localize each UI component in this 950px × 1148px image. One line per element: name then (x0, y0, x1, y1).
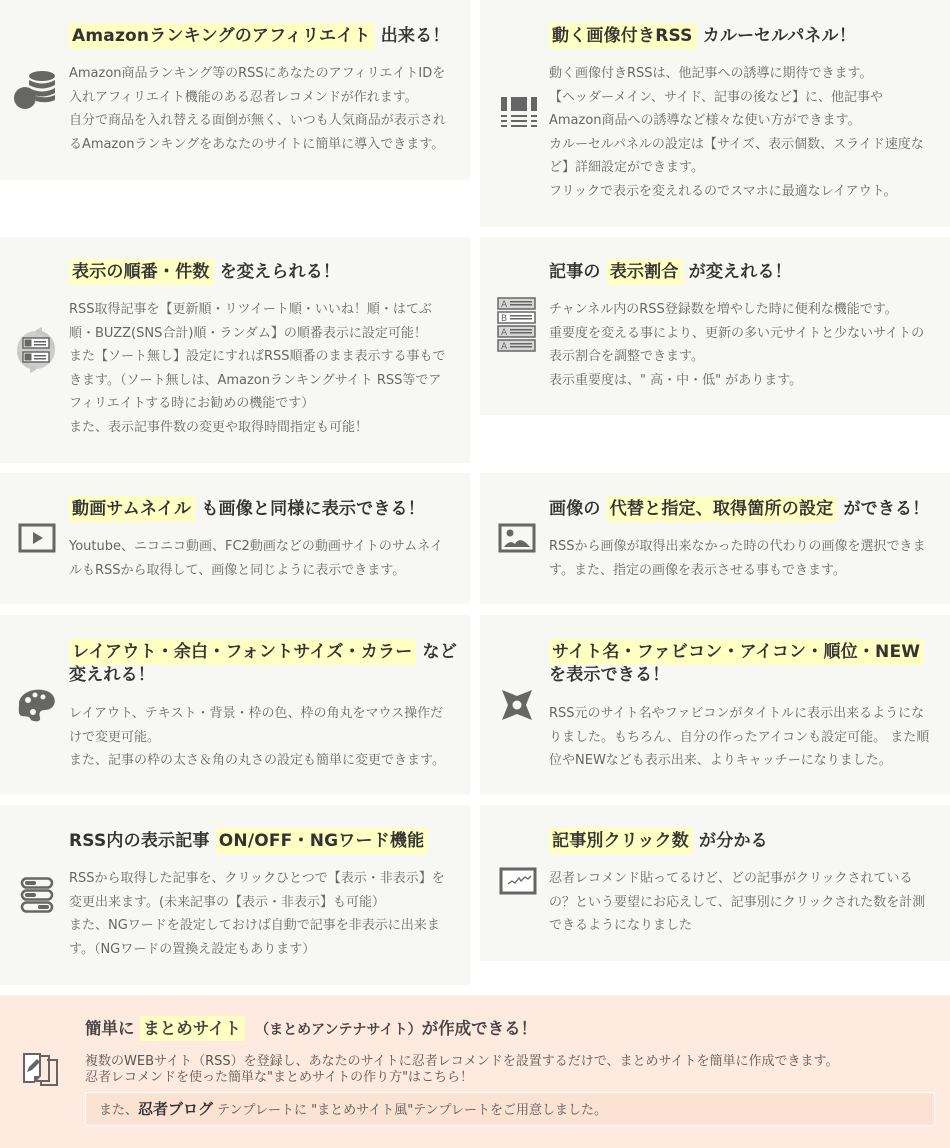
shuriken-icon (495, 689, 539, 721)
sort-refresh-icon (14, 327, 58, 373)
svg-text:A: A (501, 300, 508, 310)
feature-title: 画像の 代替と指定、取得箇所の設定 ができる！ (549, 498, 944, 521)
svg-text:B: B (501, 314, 507, 324)
ratio-list-icon: A B A A (495, 296, 539, 354)
palette-icon (14, 688, 58, 722)
carousel-icon (497, 96, 541, 130)
svg-text:A: A (501, 342, 508, 352)
feature-description: RSS取得記事を【更新順・リツイート順・いいね！順・はてぶ 順・BUZZ(SNS… (69, 298, 464, 439)
feature-title: 動画サムネイル も画像と同様に表示できる！ (69, 498, 464, 521)
feature-description: チャンネル内のRSS登録数を増やした時に便利な機能です。 重要度を変える事により… (549, 298, 944, 392)
feature-card-layout: レイアウト・余白・フォントサイズ・カラー など変えれる！ レイアウト、テキスト・… (0, 615, 470, 794)
coins-icon (14, 68, 58, 112)
feature-card-video: 動画サムネイル も画像と同様に表示できる！ Youtube、ニコニコ動画、FC2… (0, 473, 470, 604)
feature-card-image: 画像の 代替と指定、取得箇所の設定 ができる！ RSSから画像が取得出来なかった… (480, 473, 950, 604)
feature-card-clicks: 記事別クリック数 が分かる 忍者レコメンド貼ってるけど、どの記事がクリックされて… (480, 805, 950, 961)
feature-title: 表示の順番・件数 を変えられる！ (69, 261, 464, 284)
feature-title: レイアウト・余白・フォントサイズ・カラー など変えれる！ (69, 641, 464, 687)
video-play-icon (15, 523, 59, 553)
feature-description: レイアウト、テキスト・背景・枠の色、枠の角丸をマウス操作だ けで変更可能。 また… (69, 702, 464, 773)
feature-card-carousel: 動く画像付きRSS カルーセルパネル！ 動く画像付きRSSは、他記事への誘導に期… (480, 0, 950, 227)
feature-card-amazon: Amazonランキングのアフィリエイト 出来る！ Amazon商品ランキング等の… (0, 0, 470, 180)
matome-template-note: また、忍者ブログ テンプレートに "まとめサイト風"テンプレートをご用意しました… (85, 1092, 935, 1126)
toggle-switches-icon (15, 877, 59, 913)
feature-title: RSS内の表示記事 ON/OFF・NGワード機能 (69, 830, 464, 853)
feature-title: 動く画像付きRSS カルーセルパネル！ (549, 25, 944, 48)
ninja-blog-link[interactable]: 忍者ブログ (138, 1100, 213, 1118)
svg-text:A: A (501, 328, 508, 338)
feature-title: サイト名・ファビコン・アイコン・順位・NEW を表示できる！ (549, 641, 944, 687)
feature-description: Youtube、ニコニコ動画、FC2動画などの動画サイトのサムネイ ルもRSSか… (69, 535, 464, 582)
matome-section: 簡単に まとめサイト（まとめアンテナサイト）が作成できる！ 複数のWEBサイト（… (0, 995, 950, 1148)
feature-title: 記事別クリック数 が分かる (549, 830, 944, 853)
feature-description: RSSから画像が取得出来なかった時の代わりの画像を選択できま す。また、指定の画… (549, 535, 944, 582)
matome-description: 複数のWEBサイト（RSS）を登録し、あなたのサイトに忍者レコメンドを設置するだ… (85, 1054, 839, 1086)
feature-description: 忍者レコメンド貼ってるけど、どの記事がクリックされている の？という要望にお応え… (549, 867, 944, 938)
matome-howto-link[interactable]: 忍者レコメンドを使った簡単な"まとめサイトの作り方"はこちら！ (85, 1070, 839, 1086)
feature-title: Amazonランキングのアフィリエイト 出来る！ (69, 25, 464, 48)
documents-edit-icon (22, 1052, 64, 1090)
feature-card-sitename: サイト名・ファビコン・アイコン・順位・NEW を表示できる！ RSS元のサイト名… (480, 615, 950, 794)
feature-description: 動く画像付きRSSは、他記事への誘導に期待できます。 【ヘッダーメイン、サイド、… (549, 62, 944, 203)
feature-description: RSSから取得した記事を、クリックひとつで【表示・非表示】を 変更出来ます。(未… (69, 867, 464, 961)
image-icon (495, 523, 539, 553)
matome-title: 簡単に まとめサイト（まとめアンテナサイト）が作成できる！ (85, 1017, 537, 1042)
line-chart-icon (496, 867, 540, 895)
feature-card-onoff: RSS内の表示記事 ON/OFF・NGワード機能 RSSから取得した記事を、クリ… (0, 805, 470, 985)
feature-card-order: 表示の順番・件数 を変えられる！ RSS取得記事を【更新順・リツイート順・いいね… (0, 237, 470, 463)
feature-description: Amazon商品ランキング等のRSSにあなたのアフィリエイトIDを 入れアフィリ… (69, 62, 464, 156)
feature-description: RSS元のサイト名やファビコンがタイトルに表示出来るようにな りました。もちろん… (549, 702, 944, 773)
feature-card-ratio: A B A A 記事の 表示割合 が変えれる！ チャンネル内のRSS登録数を増や… (480, 237, 950, 415)
feature-title: 記事の 表示割合 が変えれる！ (549, 261, 944, 284)
